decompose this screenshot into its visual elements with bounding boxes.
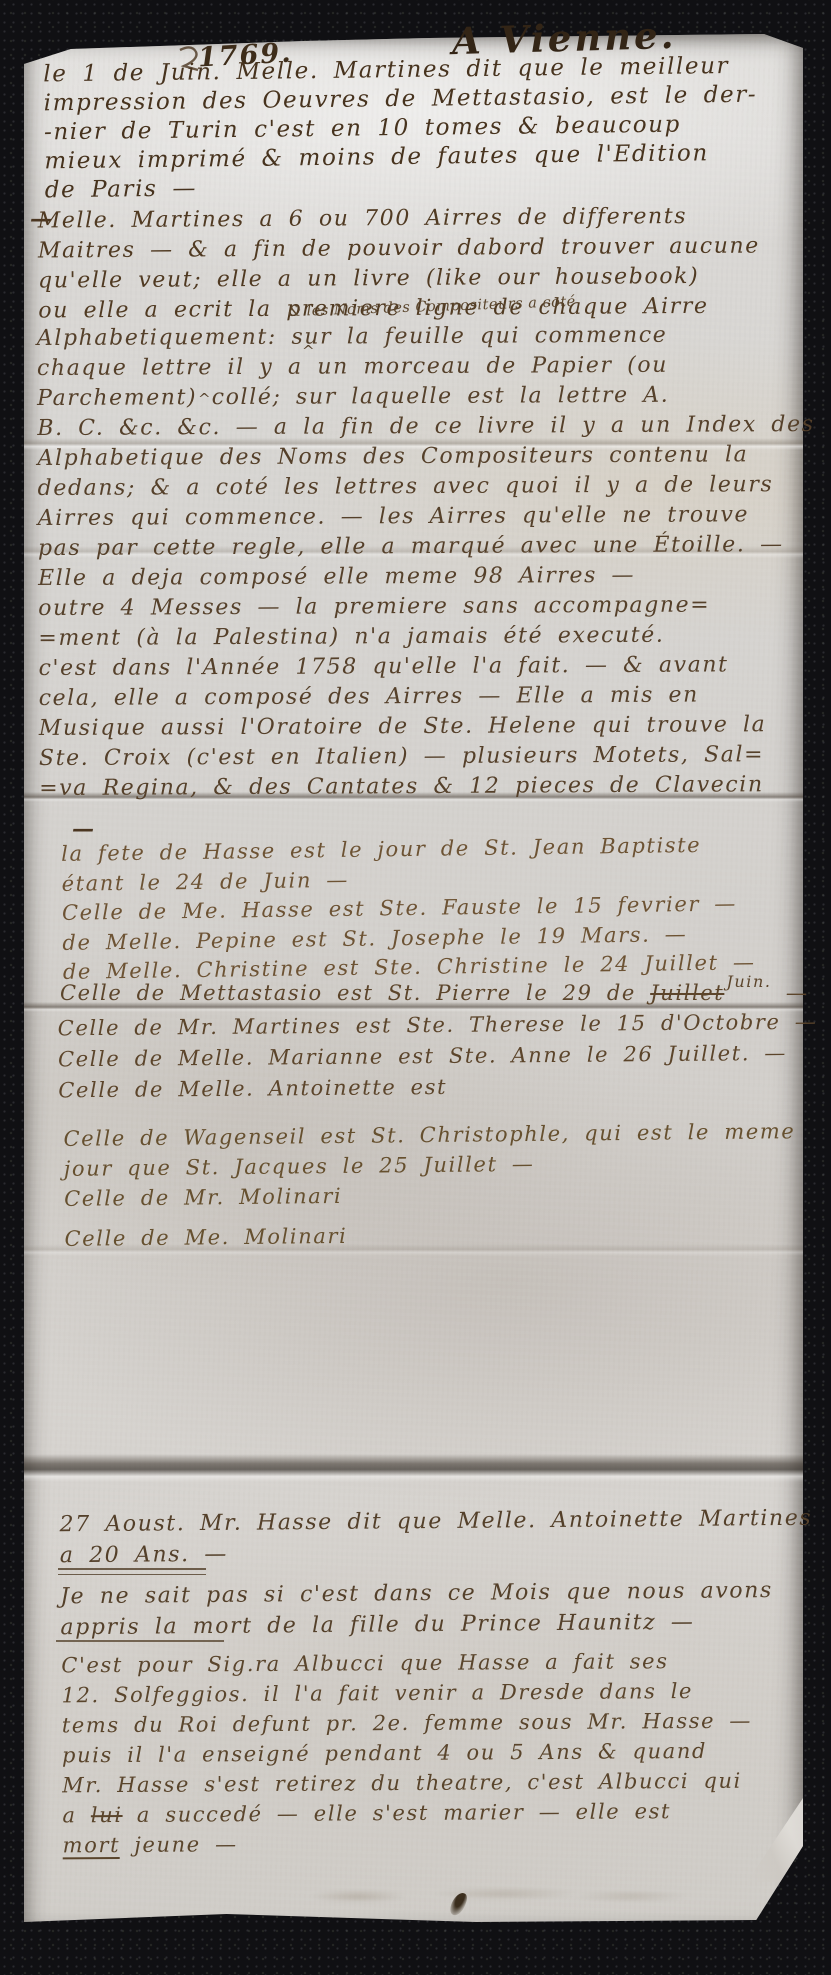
manuscript-line: a 20 Ans. — <box>60 1534 813 1572</box>
struck-word: Juillet <box>650 981 724 1005</box>
manuscript-line: Alphabetiquement: sur la feuille qui com… <box>37 320 814 354</box>
manuscript-line: chaque lettre il y a un morceau de Papie… <box>37 350 814 384</box>
journal-entry-airs-continued: Alphabetiquement: sur la feuille qui com… <box>37 320 817 804</box>
manuscript-line-with-correction: Celle de Mettastasio est St. Pierre le 2… <box>60 981 808 1005</box>
manuscript-line: Celle de Mr. Molinari <box>64 1176 796 1214</box>
manuscript-line: tems du Roi defunt pr. 2e. femme sous Mr… <box>62 1706 752 1741</box>
journal-entry-wagenseil: Celle de Wagenseil est St. Christophle, … <box>63 1116 796 1254</box>
manuscript-line: Airres qui commence. — les Airres qu'ell… <box>38 500 815 534</box>
entry-separator-dash: — <box>72 816 94 842</box>
manuscript-line: mort jeune — <box>63 1826 753 1861</box>
manuscript-line: puis il l'a enseigné pendant 4 ou 5 Ans … <box>62 1736 752 1771</box>
manuscript-line: Celle de Melle. Antoinette est <box>58 1069 818 1107</box>
journal-entry-june1: le 1 de Juin. Melle. Martines dit que le… <box>43 52 758 206</box>
underline-mark <box>56 1640 224 1642</box>
manuscript-line-with-correction: a lui a succedé — elle s'est marier — el… <box>62 1796 752 1831</box>
manuscript-line: B. C. &c. &c. — a la fin de ce livre il … <box>37 410 814 444</box>
folded-corner <box>747 1798 803 1882</box>
manuscript-line: =ment (à la Palestina) n'a jamais été ex… <box>38 620 815 654</box>
line-text: — <box>772 981 809 1005</box>
journal-entry-name-days: la fete de Hasse est le jour de St. Jean… <box>61 830 756 987</box>
struck-word: lui <box>91 1803 123 1827</box>
manuscript-line: c'est dans l'Année 1758 qu'elle l'a fait… <box>38 650 815 684</box>
journal-entry-name-days-continued: Celle de Mr. Martines est Ste. Therese l… <box>58 1007 818 1107</box>
line-text: Celle de Mettastasio est St. Pierre le 2… <box>60 981 650 1005</box>
manuscript-line: Alphabetique des Noms des Compositeurs c… <box>37 440 814 474</box>
manuscript-line: appris la mort de la fille du Prince Hau… <box>60 1606 813 1644</box>
manuscript-line: Ste. Croix (c'est en Italien) — plusieur… <box>39 740 816 774</box>
manuscript-line: pas par cette regle, elle a marqué avec … <box>38 530 815 564</box>
manuscript-line: C'est pour Sig.ra Albucci que Hasse a fa… <box>61 1646 751 1681</box>
manuscript-line: Mr. Hasse s'est retirez du theatre, c'es… <box>62 1766 752 1801</box>
line-text: a <box>62 1803 91 1827</box>
manuscript-line: 12. Solfeggios. il l'a fait venir a Dres… <box>61 1676 751 1711</box>
manuscript-line: dedans; & a coté les lettres avec quoi i… <box>38 470 815 504</box>
manuscript-line: Musique aussi l'Oratoire de Ste. Helene … <box>39 710 816 744</box>
fold-crease <box>24 1454 803 1482</box>
manuscript-line: Parchement) collé; sur laquelle est la l… <box>37 380 814 414</box>
line-text: a succedé — elle s'est marier — elle est <box>123 1799 672 1827</box>
line-text: jeune — <box>120 1832 238 1857</box>
inserted-word: Juin. <box>726 972 771 991</box>
manuscript-line: outre 4 Messes — la premiere sans accomp… <box>38 590 815 624</box>
underlined-word: mort <box>63 1833 121 1859</box>
ink-showthrough <box>274 1882 694 1908</box>
manuscript-line: 27 Aoust. Mr. Hasse dit que Melle. Antoi… <box>59 1503 812 1541</box>
manuscript-line: =va Regina, & des Cantates & 12 pieces d… <box>39 770 816 804</box>
manuscript-line: Elle a deja composé elle meme 98 Airres … <box>38 560 815 594</box>
journal-entry-albucci: C'est pour Sig.ra Albucci que Hasse a fa… <box>61 1646 753 1861</box>
manuscript-line: Je ne sait pas si c'est dans ce Mois que… <box>60 1575 813 1613</box>
manuscript-line: Celle de Melle. Marianne est Ste. Anne l… <box>58 1038 818 1076</box>
manuscript-photo: 1769. A Vienne. le 1 de Juin. Melle. Mar… <box>0 0 831 1975</box>
double-underline-mark <box>58 1568 206 1575</box>
manuscript-line: cela, elle a composé des Airres — Elle a… <box>39 680 816 714</box>
